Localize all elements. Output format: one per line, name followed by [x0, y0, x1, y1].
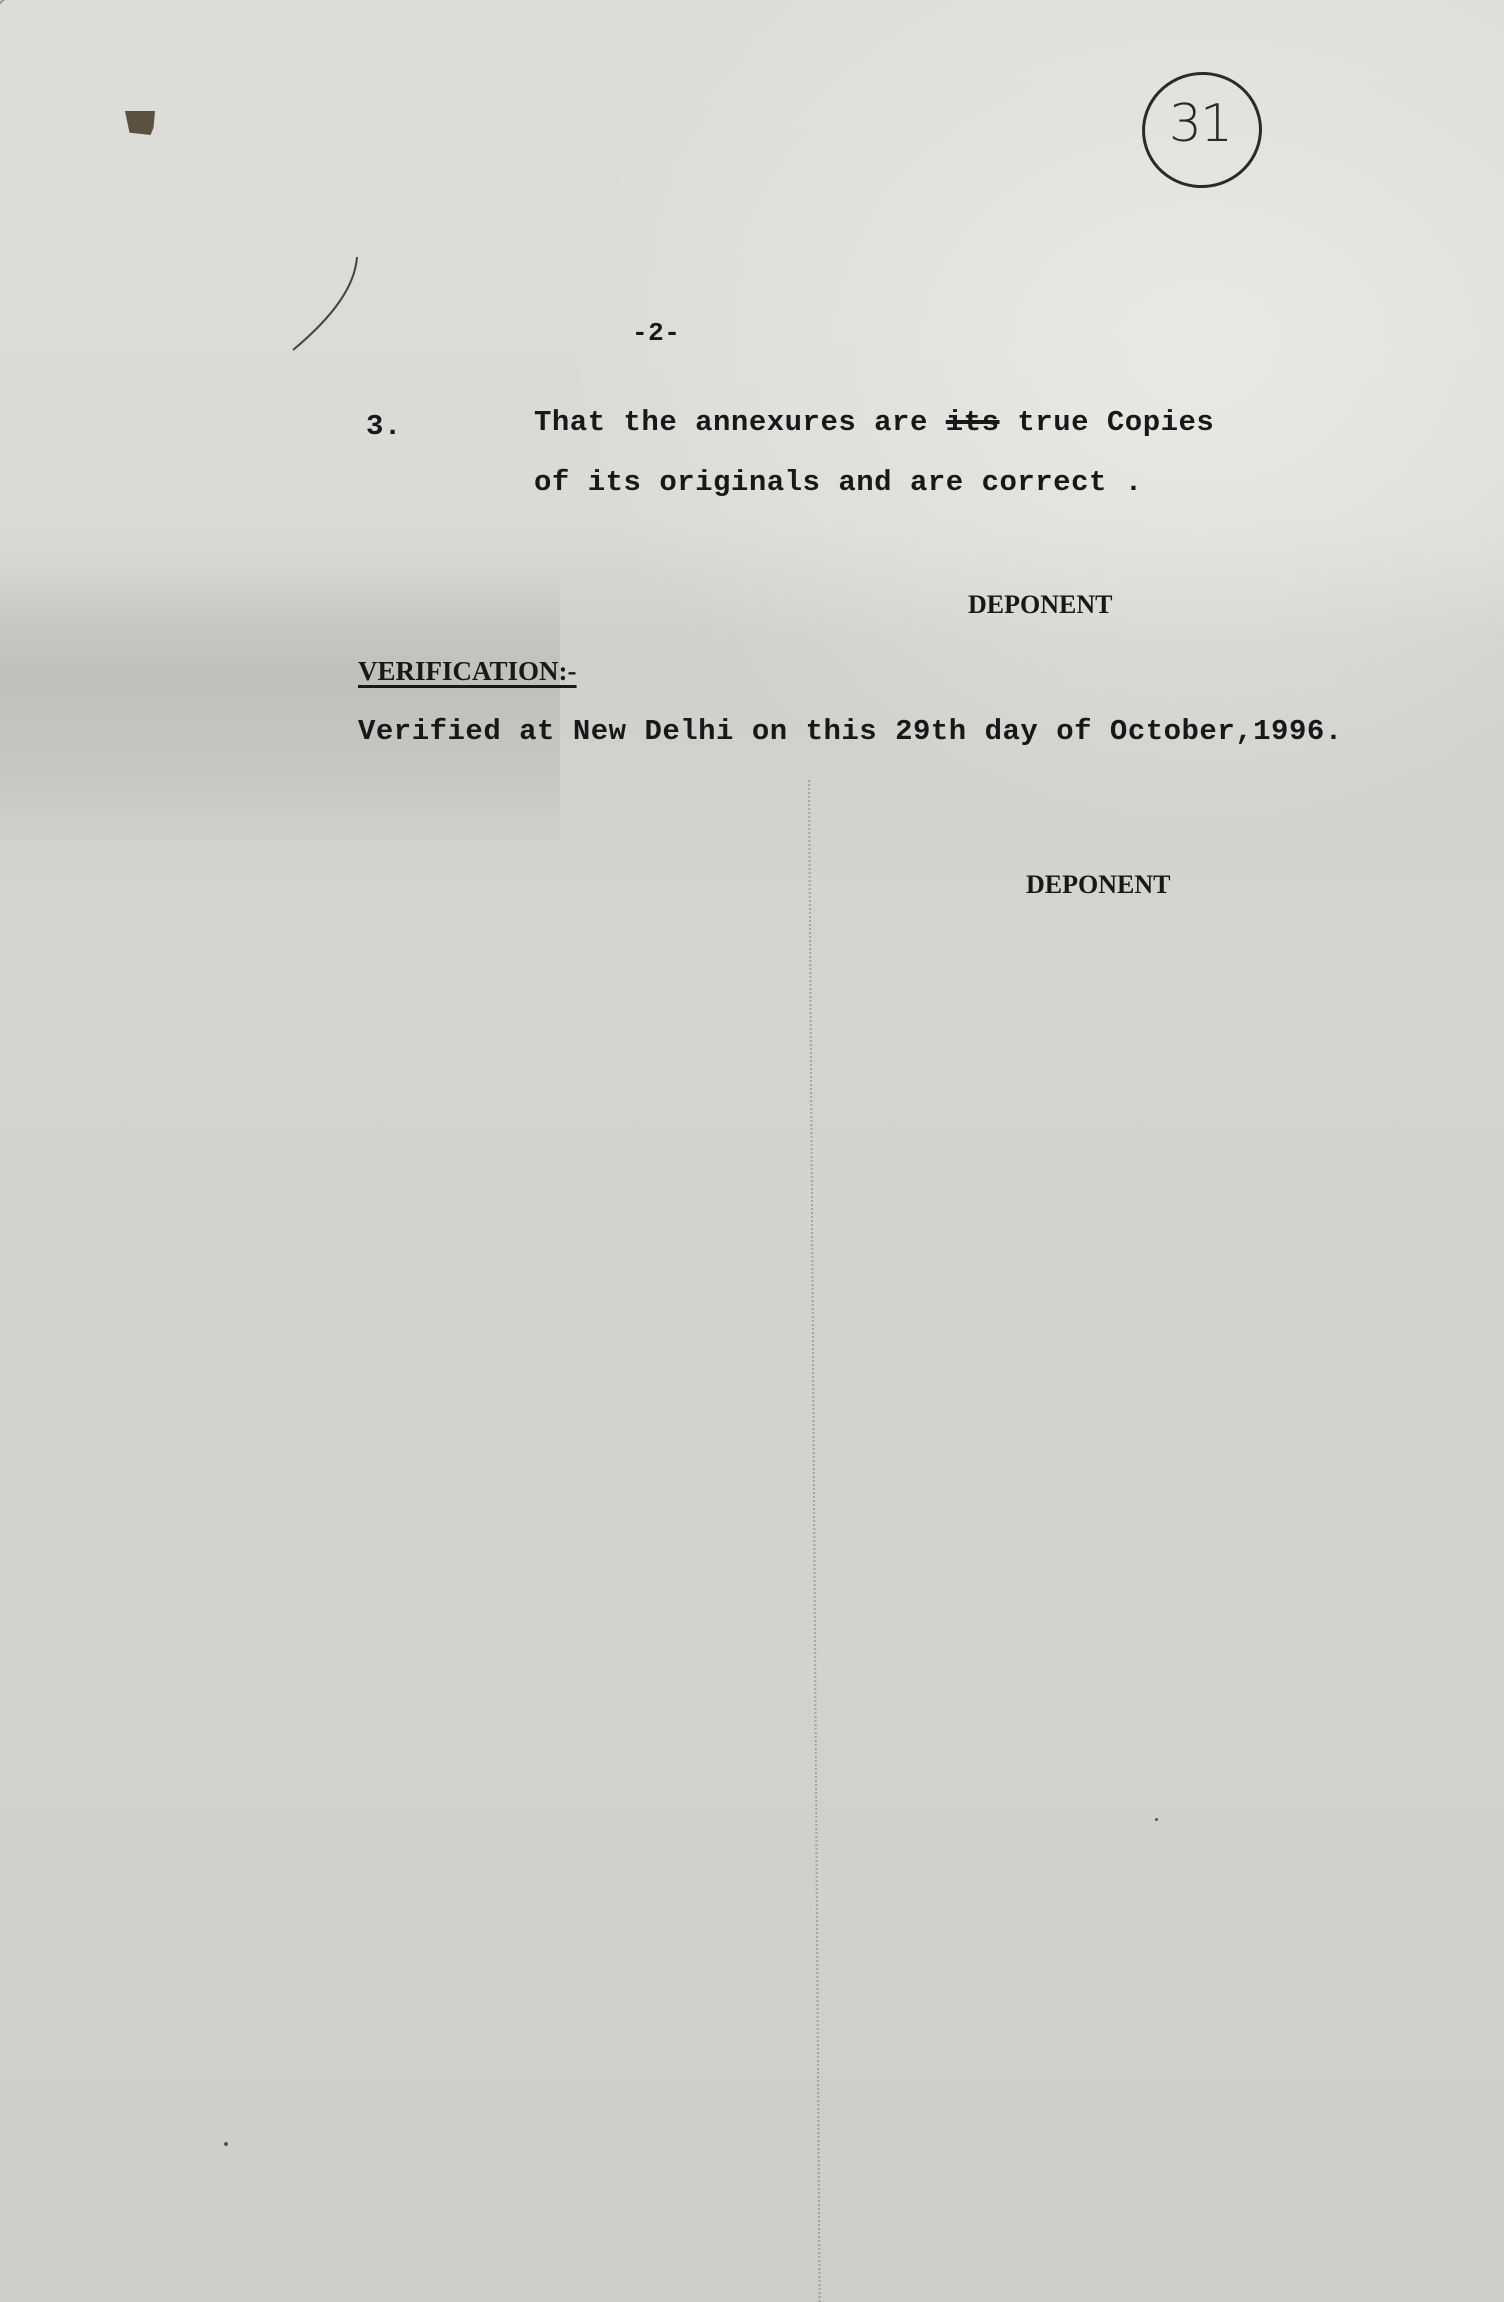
paragraph-line-2: of its originals and are correct . — [534, 466, 1143, 499]
corner-fold-line — [0, 0, 62, 22]
paragraph-line-1: That the annexures are its true Copies — [534, 406, 1214, 439]
paragraph-text-after: true Copies — [999, 406, 1214, 439]
verification-text: Verified at New Delhi on this 29th day o… — [358, 715, 1343, 748]
fold-crease — [808, 780, 821, 2302]
deponent-signature-label-1: DEPONENT — [968, 590, 1112, 620]
ink-speck — [224, 2142, 228, 2146]
page-shadow — [0, 560, 560, 860]
struck-out-text: its — [946, 406, 1000, 439]
deponent-signature-label-2: DEPONENT — [1026, 870, 1170, 900]
ink-speck — [1155, 1818, 1158, 1821]
verification-heading: VERIFICATION:- — [358, 656, 577, 687]
paragraph-text-before: That the annexures are — [534, 406, 946, 439]
pen-mark-icon — [285, 255, 365, 355]
handwritten-page-number: 31 — [1165, 94, 1235, 154]
typed-page-marker: -2- — [632, 318, 680, 348]
punch-hole-icon — [125, 111, 155, 135]
document-page: 31 -2- 3. That the annexures are its tru… — [0, 0, 1504, 2302]
paragraph-number: 3. — [366, 410, 402, 443]
